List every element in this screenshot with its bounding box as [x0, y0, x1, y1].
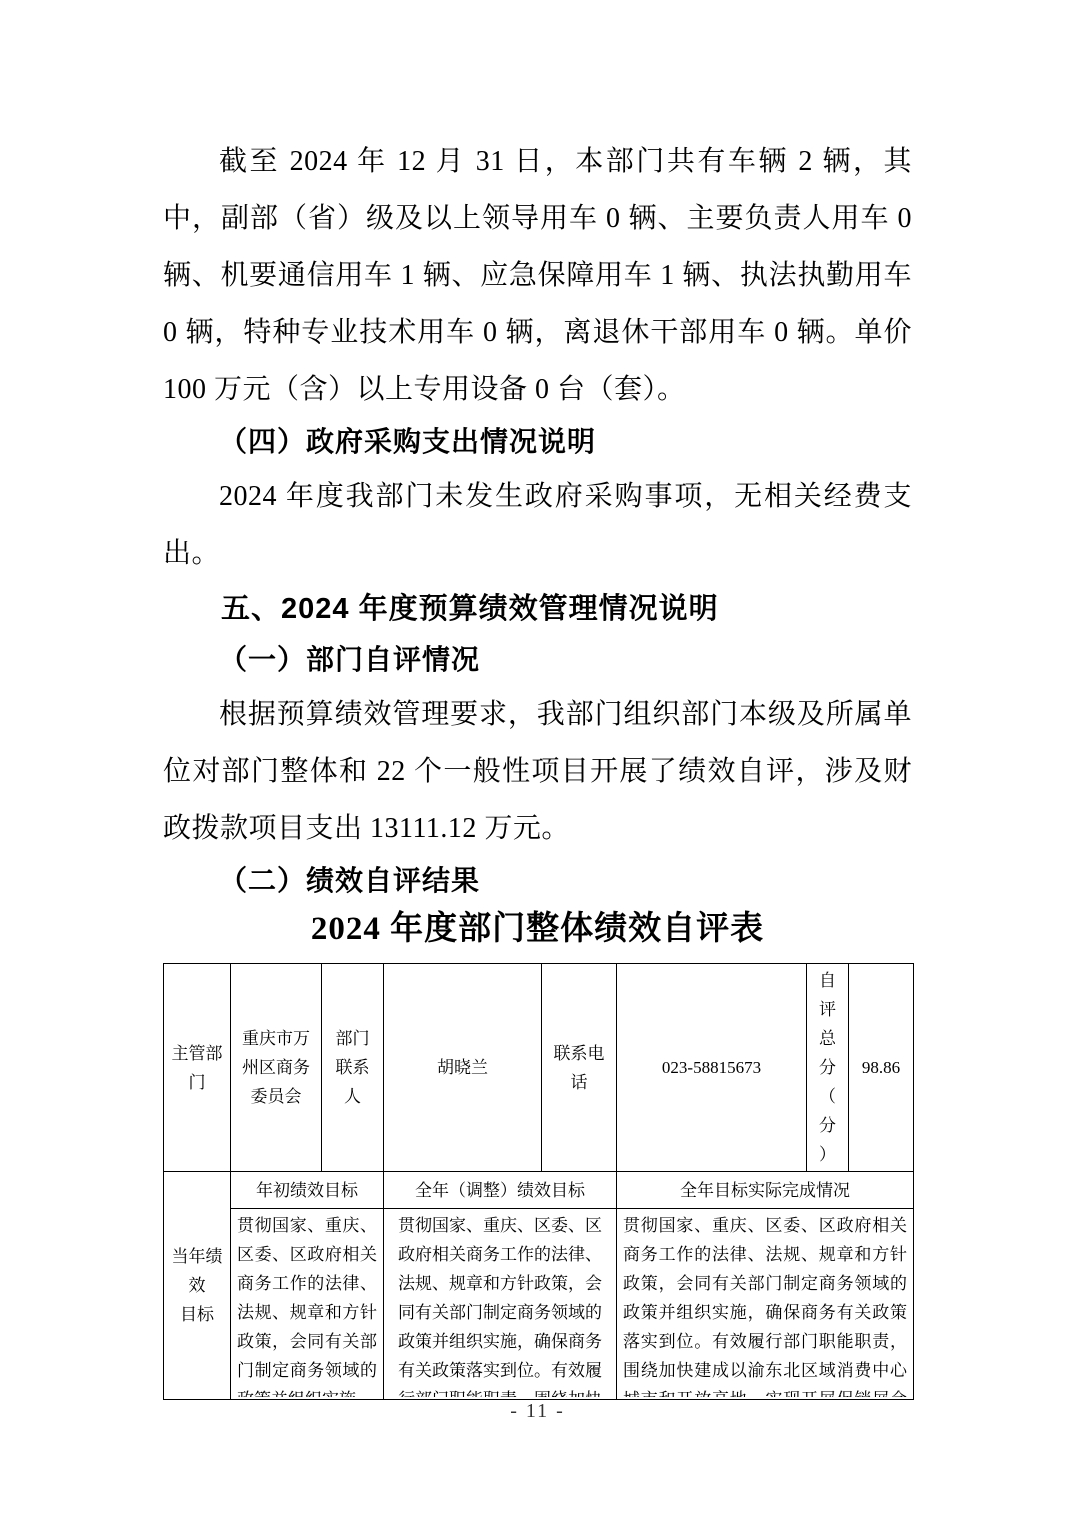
heading-eval-result: （二）绩效自评结果 [163, 857, 912, 907]
cell-adjusted-goal: 贯彻国家、重庆、区委、区政府相关商务工作的法律、法规、规章和方针政策，会同有关部… [384, 1209, 617, 1400]
cell-dept-value: 重庆市万州区商务委员会 [231, 964, 322, 1172]
paragraph-procurement: 2024 年度我部门未发生政府采购事项，无相关经费支出。 [163, 468, 912, 582]
table-title: 2024 年度部门整体绩效自评表 [163, 907, 912, 951]
cell-phone-label: 联系电话 [542, 964, 617, 1172]
document-content: 截至 2024 年 12 月 31 日，本部门共有车辆 2 辆，其中，副部（省）… [163, 133, 912, 1400]
cell-initial-goal: 贯彻国家、重庆、区委、区政府相关商务工作的法律、法规、规章和方针政策，会同有关部… [231, 1209, 384, 1400]
cell-score-label: 自 评 总 分 （ 分 ） [807, 964, 849, 1172]
document-page: 截至 2024 年 12 月 31 日，本部门共有车辆 2 辆，其中，副部（省）… [0, 0, 1075, 1520]
heading-department-self-eval: （一）部门自评情况 [163, 636, 912, 686]
cell-goal-row-label: 当年绩 效 目标 [164, 1172, 231, 1400]
cell-phone-value: 023-58815673 [617, 964, 807, 1172]
cell-contact-label: 部门联系人 [322, 964, 384, 1172]
paragraph-vehicle-summary: 截至 2024 年 12 月 31 日，本部门共有车辆 2 辆，其中，副部（省）… [163, 133, 912, 418]
table-row-goal-headers: 当年绩 效 目标 年初绩效目标 全年（调整）绩效目标 全年目标实际完成情况 [164, 1172, 914, 1209]
cell-header-adjusted-goal: 全年（调整）绩效目标 [384, 1172, 617, 1209]
heading-section-five: 五、2024 年度预算绩效管理情况说明 [163, 582, 912, 636]
page-number: - 11 - [0, 1400, 1075, 1423]
cell-actual-completion: 贯彻国家、重庆、区委、区政府相关商务工作的法律、法规、规章和方针政策，会同有关部… [617, 1209, 914, 1400]
table-row-info: 主管部门 重庆市万州区商务委员会 部门联系人 胡晓兰 联系电话 023-5881… [164, 964, 914, 1172]
cell-dept-label: 主管部门 [164, 964, 231, 1172]
heading-government-procurement: （四）政府采购支出情况说明 [163, 418, 912, 468]
cell-contact-value: 胡晓兰 [384, 964, 542, 1172]
cell-header-initial-goal: 年初绩效目标 [231, 1172, 384, 1209]
paragraph-self-eval: 根据预算绩效管理要求，我部门组织部门本级及所属单位对部门整体和 22 个一般性项… [163, 686, 912, 857]
cell-score-value: 98.86 [849, 964, 914, 1172]
cell-header-actual-completion: 全年目标实际完成情况 [617, 1172, 914, 1209]
performance-self-eval-table: 主管部门 重庆市万州区商务委员会 部门联系人 胡晓兰 联系电话 023-5881… [163, 963, 914, 1400]
table-row-goal-body: 贯彻国家、重庆、区委、区政府相关商务工作的法律、法规、规章和方针政策，会同有关部… [164, 1209, 914, 1400]
